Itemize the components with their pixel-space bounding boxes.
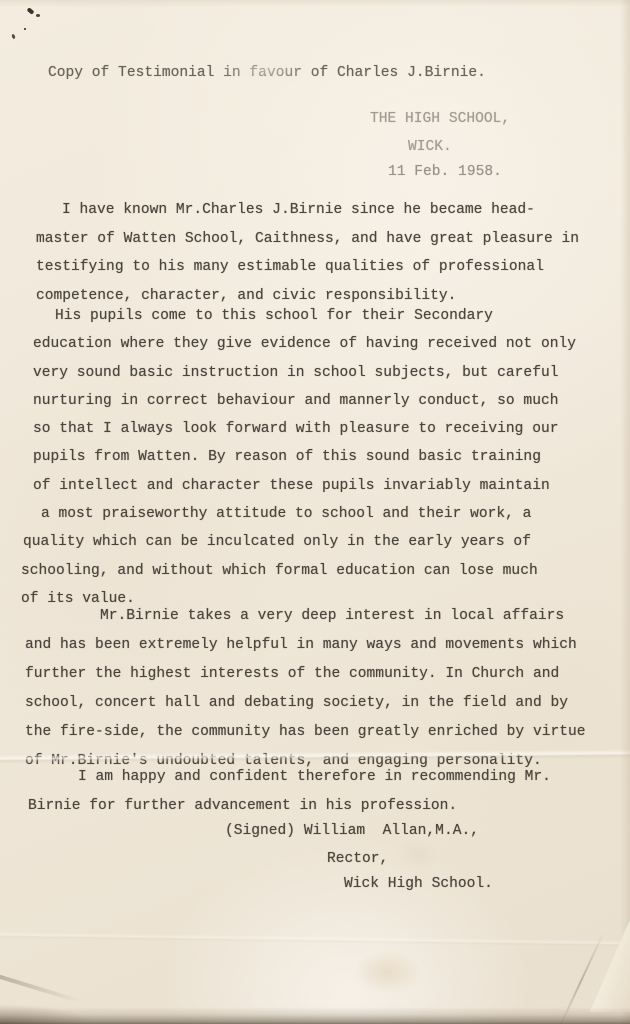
- typed-line: education where they give evidence of ha…: [33, 330, 576, 358]
- staple-mark: [36, 14, 40, 17]
- typed-line: quality which can be inculcated only in …: [23, 528, 576, 556]
- document-title: Copy of Testimonial in favour of Charles…: [48, 61, 486, 85]
- letterhead-town: WICK.: [408, 136, 452, 158]
- typed-line: His pupils come to this school for their…: [33, 302, 576, 330]
- paper-crease: [0, 972, 96, 1008]
- letterhead-school-name: THE HIGH SCHOOL,: [370, 108, 510, 130]
- typed-line: schooling, and without which formal educ…: [21, 557, 576, 585]
- typed-line: so that I always look forward with pleas…: [33, 415, 576, 443]
- typed-line: I have known Mr.Charles J.Birnie since h…: [36, 196, 579, 225]
- staple-mark: [24, 28, 26, 30]
- signature-role-line: Rector,: [327, 847, 388, 871]
- ink-stain: [352, 950, 422, 994]
- paragraph-1: I have known Mr.Charles J.Birnie since h…: [36, 196, 579, 310]
- typed-line: testifying to his many estimable qualiti…: [36, 253, 579, 282]
- page-fold-corner: [588, 920, 630, 1012]
- signature-school-line: Wick High School.: [344, 872, 493, 896]
- staple-mark: [11, 34, 16, 40]
- typed-line: further the highest interests of the com…: [25, 660, 586, 689]
- typed-line: Mr.Birnie takes a very deep interest in …: [25, 602, 586, 631]
- page-bottom-shadow: [0, 996, 130, 1024]
- typed-line: nurturing in correct behaviour and manne…: [33, 387, 576, 415]
- typed-line: of intellect and character these pupils …: [33, 472, 576, 500]
- paper-crease: [0, 932, 630, 948]
- typed-line: and has been extremely helpful in many w…: [25, 631, 586, 660]
- ink-stain: [395, 838, 441, 872]
- paragraph-3: Mr.Birnie takes a very deep interest in …: [25, 602, 586, 776]
- typed-line: a most praiseworthy attitude to school a…: [33, 500, 576, 528]
- typed-line: pupils from Watten. By reason of this so…: [33, 443, 576, 471]
- paragraph-4: I am happy and confident therefore in re…: [28, 763, 551, 821]
- typed-line: master of Watten School, Caithness, and …: [36, 225, 579, 254]
- typed-line: the fire-side, the community has been gr…: [25, 718, 586, 747]
- typed-line: school, concert hall and debating societ…: [25, 689, 586, 718]
- staple-mark: [27, 7, 35, 15]
- page-bottom-shadow: [0, 1007, 630, 1024]
- signature-signed-line: (Signed) William Allan,M.A.,: [225, 819, 479, 843]
- typed-line: very sound basic instruction in school s…: [33, 359, 576, 387]
- typed-line: I am happy and confident therefore in re…: [28, 763, 551, 792]
- page-edge-shadow: [0, 0, 630, 7]
- letter-page: Copy of Testimonial in favour of Charles…: [0, 0, 630, 1024]
- letterhead-date: 11 Feb. 1958.: [388, 161, 502, 183]
- page-edge-shadow: [620, 0, 630, 1024]
- paragraph-2: His pupils come to this school for their…: [33, 302, 576, 613]
- typed-line: Birnie for further advancement in his pr…: [28, 792, 551, 821]
